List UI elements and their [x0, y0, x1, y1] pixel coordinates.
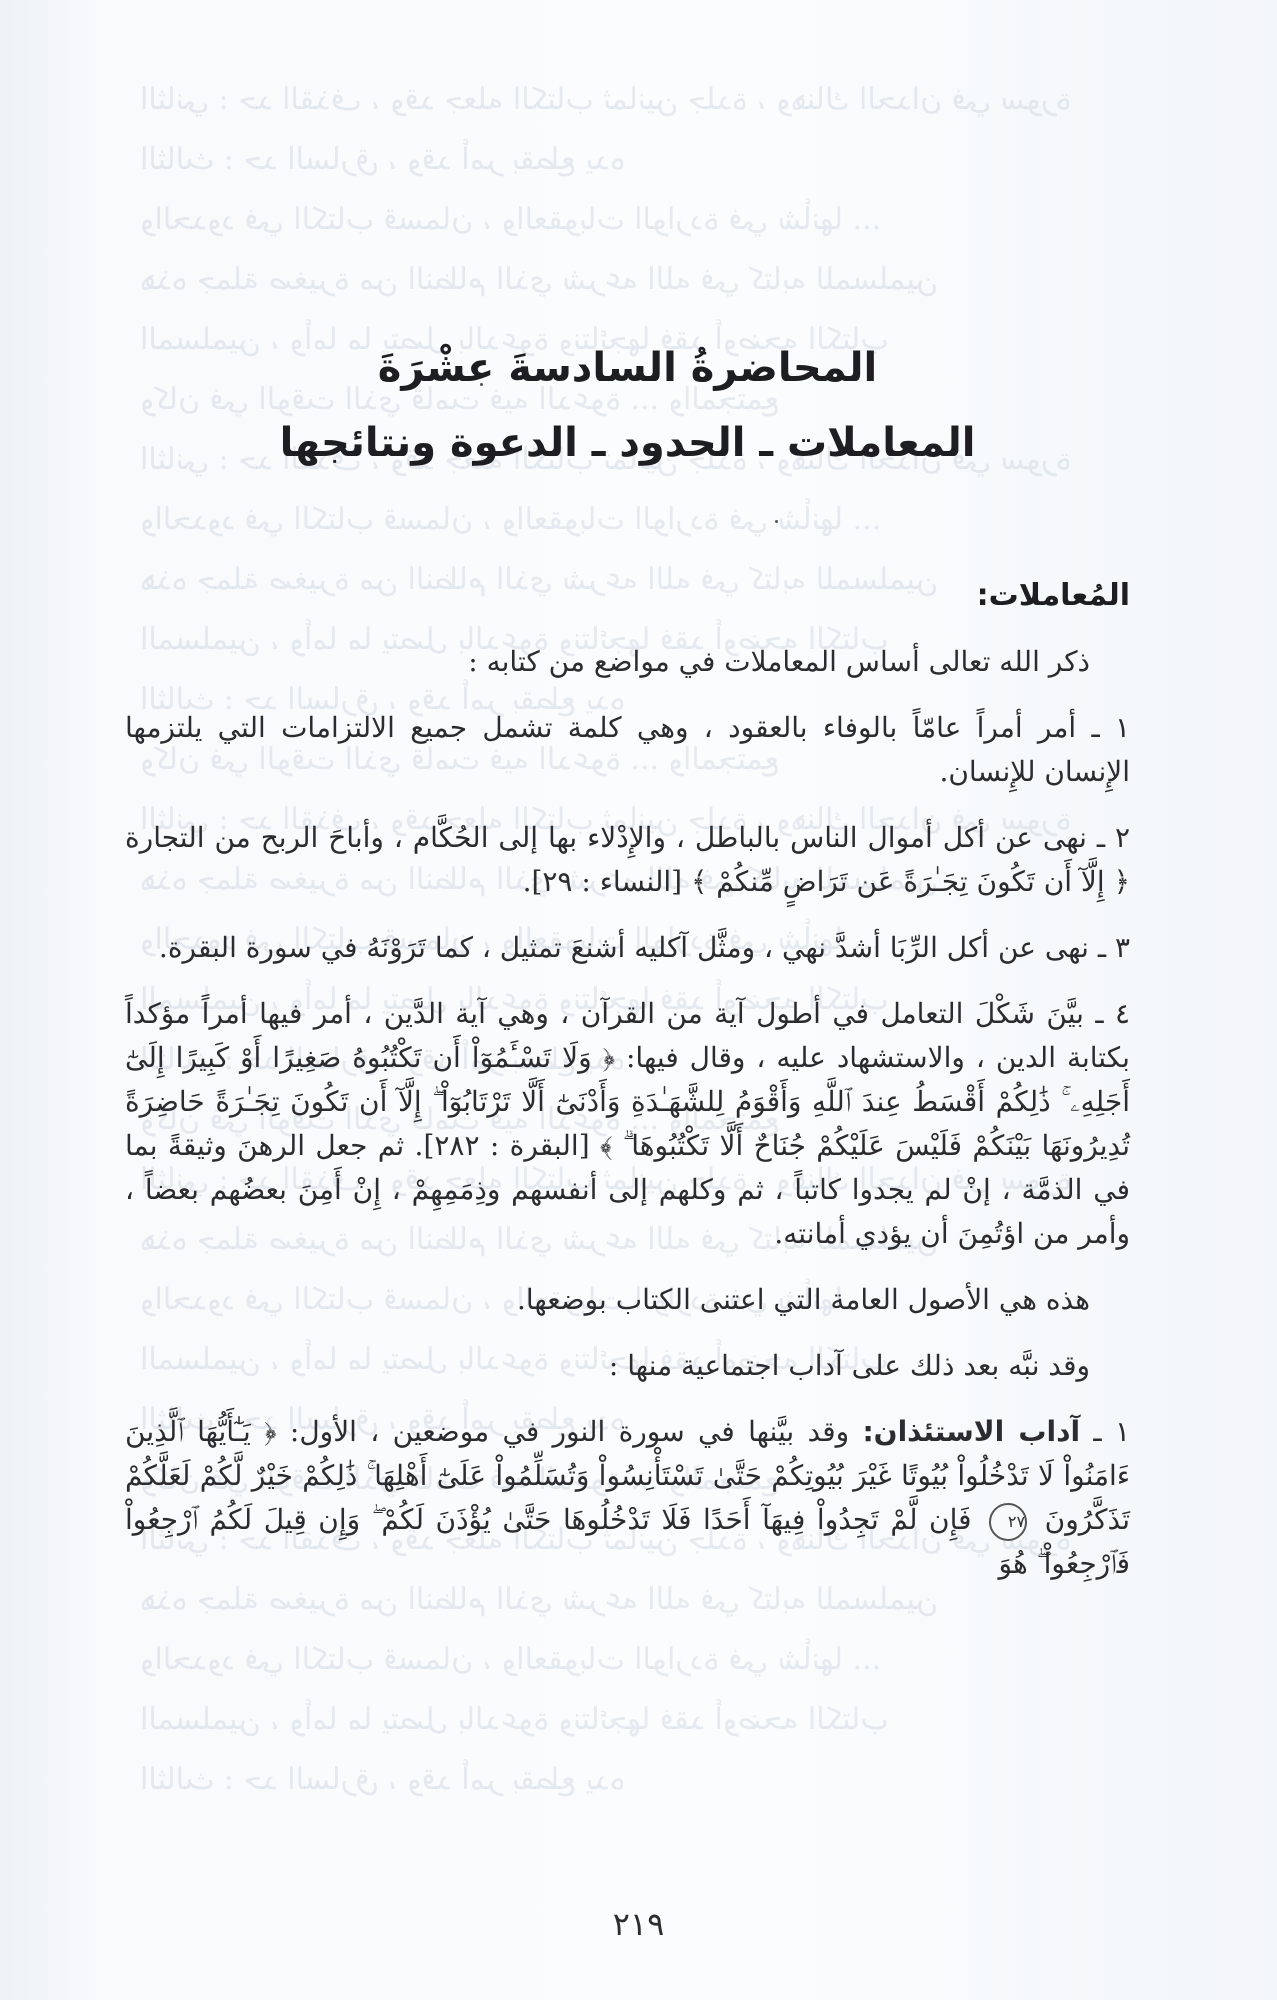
- point-4: ٤ ـ بيَّنَ شَكْلَ التعامل في أطول آية من…: [125, 992, 1130, 1256]
- point-text: نهى عن أكل أموال الناس بالباطل ، والإِدْ…: [125, 821, 1087, 854]
- bleed-line: الثاني : حد القذف ، وقد جعله الكتاب ثمان…: [140, 70, 1240, 130]
- quran-quote-continued: فَإِن لَّمْ تَجِدُواْ فِيهَآ أَحَدًا فَل…: [125, 1503, 1130, 1580]
- bleed-line: الثالث : حد السارق ، وقد أمر بقطع يده: [140, 130, 1240, 190]
- manners-lead-heading: آداب الاستئذان:: [862, 1415, 1080, 1448]
- verse-citation: [النساء : ٢٩].: [523, 865, 683, 898]
- bleed-line: والحدود في الكتاب قسمان ، والعقوبات الوا…: [140, 1630, 1240, 1690]
- point-1: ١ ـ أمر أمراً عامّاً بالوفاء بالعقود ، و…: [125, 706, 1130, 794]
- point-text: نهى عن أكل الرِّبَا أشدَّ نهي ، ومثَّل آ…: [159, 931, 1089, 964]
- manners-point-1: ١ ـ آداب الاستئذان: وقد بيَّنها في سورة …: [125, 1410, 1130, 1586]
- ayah-number-marker-icon: ٢٧: [989, 1503, 1027, 1541]
- intro-paragraph: ذكر الله تعالى أساس المعاملات في مواضع م…: [125, 640, 1130, 684]
- body-text: ذكر الله تعالى أساس المعاملات في مواضع م…: [125, 640, 1130, 1608]
- section-heading-transactions: المُعاملات:: [977, 578, 1130, 613]
- point-2: ٢ ـ نهى عن أكل أموال الناس بالباطل ، وال…: [125, 816, 1130, 904]
- bleed-line: والحدود في الكتاب قسمان ، والعقوبات الوا…: [140, 490, 1240, 550]
- lecture-title: المحاضرةُ السادسةَ عشْرَةَ: [125, 345, 1130, 391]
- summary-paragraph-1: هذه هي الأصول العامة التي اعتنى الكتاب ب…: [125, 1278, 1130, 1322]
- point-3: ٣ ـ نهى عن أكل الرِّبَا أشدَّ نهي ، ومثَ…: [125, 926, 1130, 970]
- point-text: أمر أمراً عامّاً بالوفاء بالعقود ، وهي ك…: [125, 711, 1130, 788]
- verse-citation: [البقرة : ٢٨٢].: [415, 1129, 590, 1162]
- point-number: ٣ ـ: [1098, 931, 1130, 964]
- lecture-subtitle: المعاملات ـ الحدود ـ الدعوة ونتائجها: [125, 420, 1130, 466]
- document-page: الثاني : حد القذف ، وقد جعله الكتاب ثمان…: [0, 0, 1277, 2000]
- point-number: ٢ ـ: [1097, 821, 1130, 854]
- point-text: وقد بيَّنها في سورة النور في موضعين ، ال…: [290, 1415, 849, 1448]
- bleed-line: المسلمين ، وأما ما يتصل بالدعوة ونتائجها…: [140, 1690, 1240, 1750]
- bleed-line: الثالث : حد السارق ، وقد أمر بقطع يده: [140, 1750, 1240, 1810]
- quran-quote: ﴿ إِلَّآ أَن تَكُونَ تِجَـٰرَةً عَن تَرَ…: [691, 865, 1130, 898]
- print-speck: [775, 520, 778, 523]
- bleed-line: هذه جملة صغيرة من النظام الذي شرعه الله …: [140, 250, 1240, 310]
- point-number: ١ ـ: [1091, 711, 1130, 744]
- point-number: ١ ـ: [1093, 1415, 1130, 1448]
- point-number: ٤ ـ: [1095, 997, 1130, 1030]
- bleed-line: والحدود في الكتاب قسمان ، والعقوبات الوا…: [140, 190, 1240, 250]
- summary-paragraph-2: وقد نبَّه بعد ذلك على آداب اجتماعية منها…: [125, 1344, 1130, 1388]
- page-number: ٢١٩: [0, 1905, 1277, 1943]
